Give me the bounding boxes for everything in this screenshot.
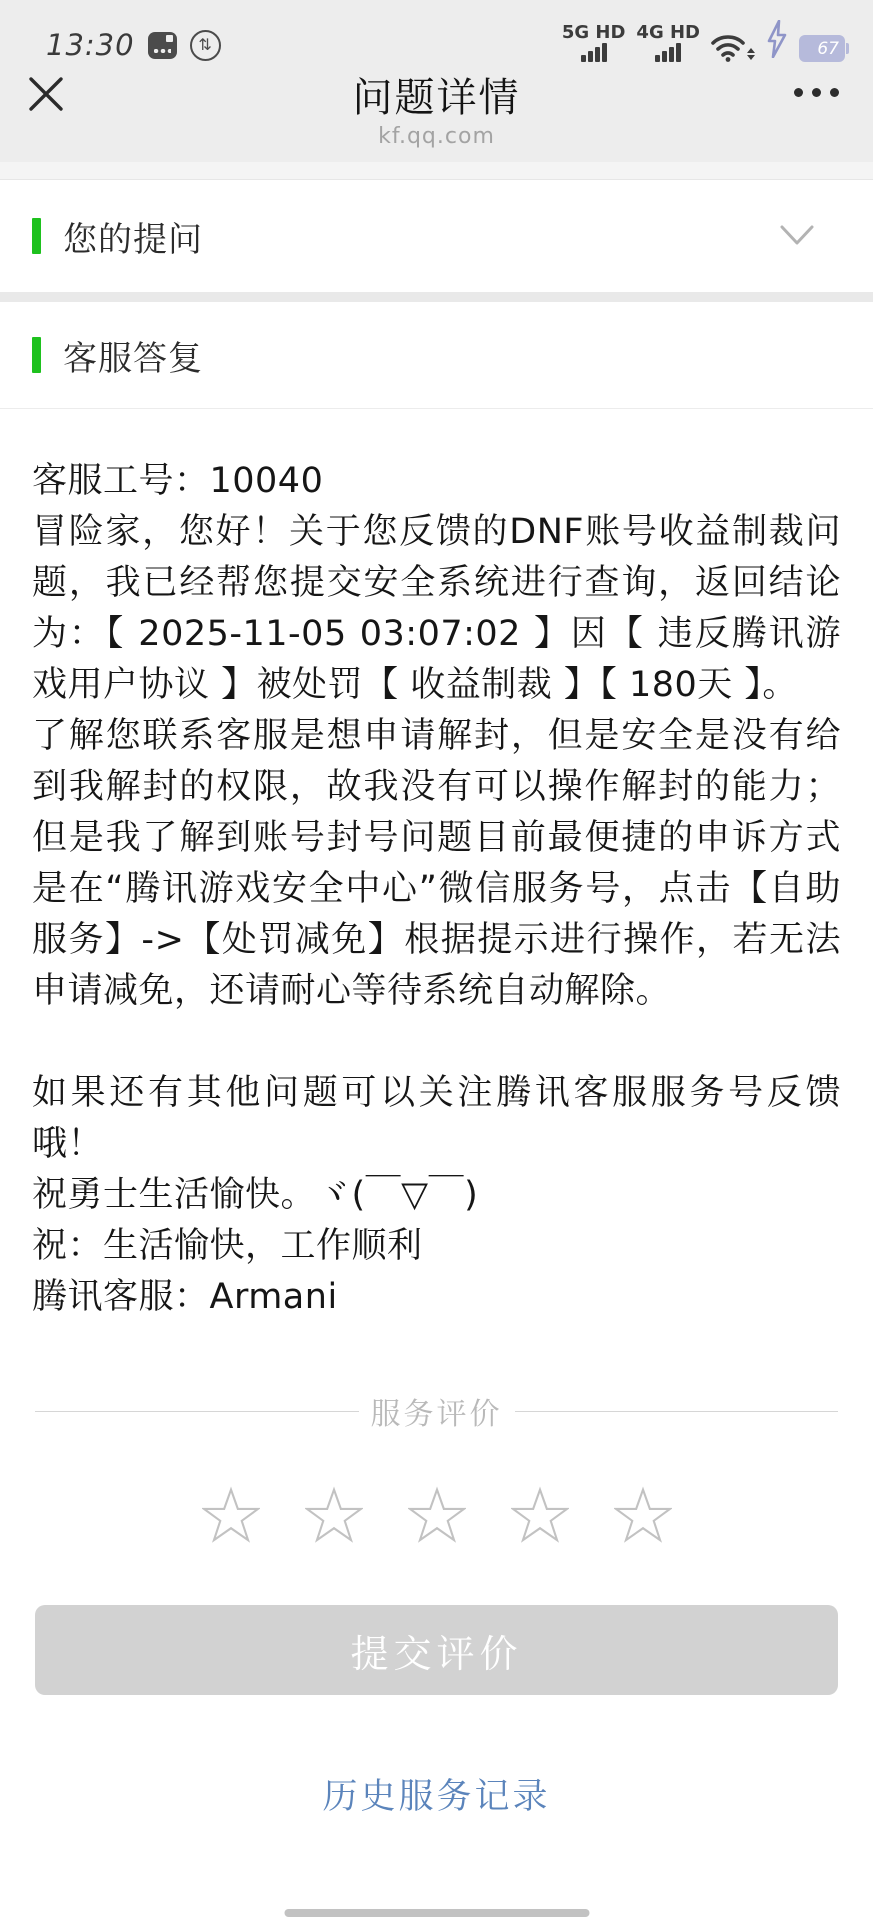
charging-bolt-icon — [766, 20, 788, 62]
star-icon[interactable] — [511, 1485, 569, 1543]
signal-bars-icon — [655, 43, 681, 62]
reply-paragraphs: 客服工号：10040冒险家，您好！关于您反馈的DNF账号收益制裁问题，我已经帮您… — [0, 409, 873, 1323]
battery-percent: 67 — [817, 39, 839, 59]
recorder-app-icon — [148, 32, 177, 59]
reply-paragraph — [32, 1017, 841, 1068]
home-indicator-bar[interactable] — [284, 1909, 589, 1917]
your-question-section[interactable]: 您的提问 — [0, 180, 873, 292]
submit-rating-button[interactable]: 提交评价 — [35, 1605, 838, 1695]
wifi-icon — [711, 34, 755, 62]
traffic-arrows-icon — [747, 48, 755, 62]
problem-detail-page: 13:30 ⇅ 5G HD 4G HD — [0, 0, 873, 1920]
service-rating-divider: 服务评价 — [35, 1389, 838, 1433]
separator — [0, 292, 873, 302]
reply-paragraph: 祝勇士生活愉快。ヾ(￣▽￣) — [32, 1170, 841, 1221]
signal-5g-label: 5G HD — [562, 24, 626, 42]
green-accent-bar — [32, 337, 41, 373]
green-accent-bar — [32, 218, 41, 254]
service-reply-label: 客服答复 — [63, 331, 203, 380]
page-title: 问题详情 — [0, 66, 873, 123]
your-question-label: 您的提问 — [63, 212, 203, 261]
chevron-down-icon[interactable] — [779, 224, 815, 252]
star-row — [0, 1485, 873, 1543]
reply-paragraph: 客服工号：10040 — [32, 456, 841, 507]
divider-line — [515, 1411, 839, 1412]
topbar: 13:30 ⇅ 5G HD 4G HD — [0, 0, 873, 162]
signal-4g-label: 4G HD — [636, 24, 700, 42]
reply-paragraph: 冒险家，您好！关于您反馈的DNF账号收益制裁问题，我已经帮您提交安全系统进行查询… — [32, 507, 841, 711]
reply-paragraph: 了解您联系客服是想申请解封，但是安全是没有给到我解封的权限，故我没有可以操作解封… — [32, 711, 841, 1017]
star-icon[interactable] — [202, 1485, 260, 1543]
divider-line — [35, 1411, 359, 1412]
star-icon[interactable] — [305, 1485, 363, 1543]
reply-paragraph: 如果还有其他问题可以关注腾讯客服服务号反馈哦！ — [32, 1068, 841, 1170]
signal-4g: 4G HD — [636, 24, 700, 62]
more-menu-icon[interactable] — [794, 88, 839, 97]
star-icon[interactable] — [408, 1485, 466, 1543]
page-domain: kf.qq.com — [0, 124, 873, 149]
status-bar: 13:30 ⇅ 5G HD 4G HD — [0, 0, 873, 62]
clock-time: 13:30 — [46, 28, 135, 62]
nav-header: 问题详情 kf.qq.com — [0, 62, 873, 162]
signal-bars-icon — [581, 43, 607, 62]
reply-paragraph: 祝：生活愉快，工作顺利 — [32, 1221, 841, 1272]
data-sync-icon: ⇅ — [190, 30, 221, 61]
signal-5g: 5G HD — [562, 24, 626, 62]
star-icon[interactable] — [614, 1485, 672, 1543]
service-reply-section-header: 客服答复 — [0, 302, 873, 409]
battery-icon: 67 — [799, 35, 845, 62]
history-records-link[interactable]: 历史服务记录 — [322, 1777, 550, 1817]
service-rating-label: 服务评价 — [371, 1389, 503, 1433]
reply-paragraph: 腾讯客服：Armani — [32, 1272, 841, 1323]
separator — [0, 162, 873, 180]
